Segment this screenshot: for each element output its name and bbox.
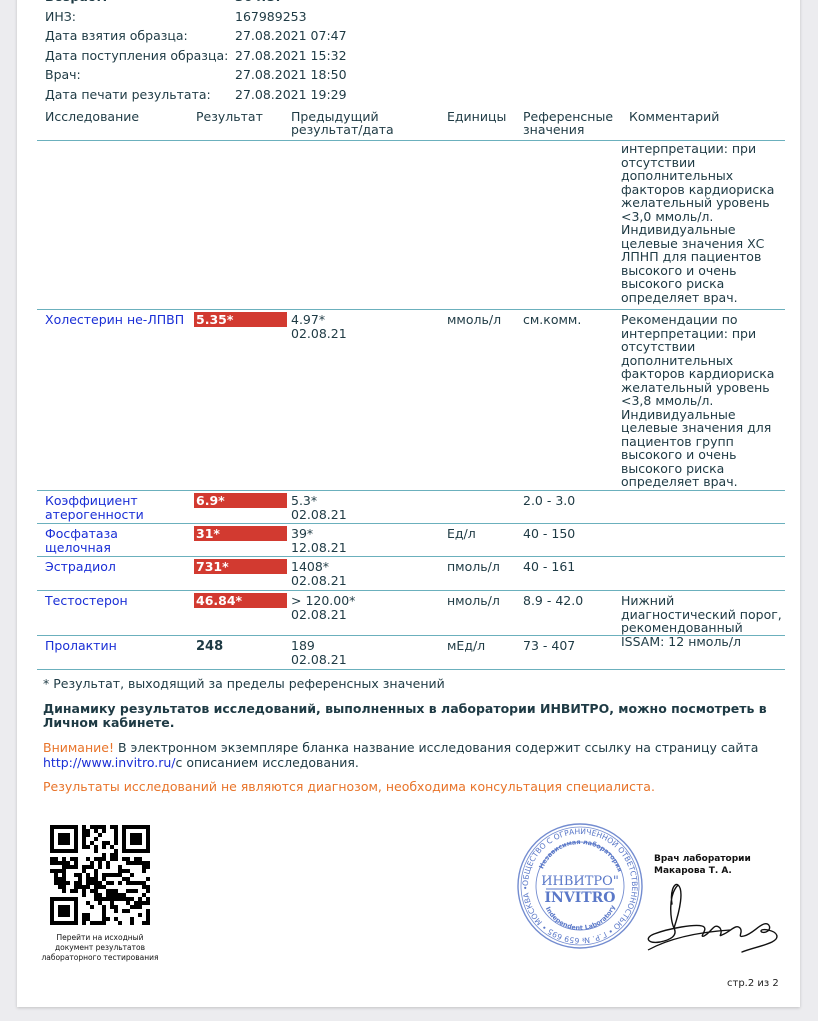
lab-doctor: Врач лаборатории Макарова Т. А. [654, 853, 751, 877]
table-row: Эстрадиол731*1408*02.08.21пмоль/л40 - 16… [37, 557, 785, 591]
meta-row: Дата взятия образца:27.08.2021 07:47 [45, 26, 347, 46]
study-link[interactable]: Пролактин [45, 639, 185, 653]
result-value: 248 [194, 640, 289, 655]
disclaimer: Результаты исследований не являются диаг… [43, 779, 655, 794]
warning-label: Внимание! [43, 740, 114, 755]
units: Ед/л [447, 527, 517, 541]
warning-note: Внимание! В электронном экземпляре бланк… [43, 741, 773, 770]
svg-text:INVITRO: INVITRO [544, 890, 615, 906]
previous-result: 4.97*02.08.21 [291, 313, 431, 340]
meta-label: Дата взятия образца: [45, 26, 235, 46]
reference-range: 8.9 - 42.0 [523, 594, 613, 608]
units: нмоль/л [447, 594, 517, 608]
previous-result: 5.3*02.08.21 [291, 494, 431, 521]
meta-row: Дата поступления образца:27.08.2021 15:3… [45, 46, 347, 66]
reference-range: см.комм. [523, 313, 613, 327]
units: пмоль/л [447, 560, 517, 574]
result-value: 31* [194, 526, 287, 541]
reference-range: 40 - 150 [523, 527, 613, 541]
comment: интерпретации: при отсутствии дополнител… [621, 142, 785, 304]
header-result: Результат [196, 110, 263, 123]
meta-value: 167989253 [235, 7, 307, 27]
result-value: 46.84* [194, 593, 287, 608]
signature-icon [640, 880, 790, 960]
out-of-range-footnote: * Результат, выходящий за пределы рефере… [43, 676, 445, 691]
meta-row: Врач:27.08.2021 18:50 [45, 65, 347, 85]
meta-label: Дата печати результата: [45, 85, 235, 105]
header-comment: Комментарий [629, 110, 719, 123]
previous-result [291, 144, 431, 158]
units: мЕд/л [447, 639, 517, 653]
table-row: Холестерин не-ЛПВП5.35*4.97*02.08.21ммол… [37, 310, 785, 491]
meta-value: 27.08.2021 07:47 [235, 26, 347, 46]
table-header: Исследование Результат Предыдущийрезульт… [37, 110, 785, 141]
meta-label: Дата поступления образца: [45, 46, 235, 66]
invitro-link[interactable]: http://www.invitro.ru/ [43, 755, 176, 770]
page-number: стр.2 из 2 [727, 978, 779, 989]
dynamics-note: Динамику результатов исследований, выпол… [43, 702, 773, 729]
reference-range: 40 - 161 [523, 560, 613, 574]
patient-meta: Возраст:36 летИНЗ:167989253Дата взятия о… [45, 0, 347, 104]
doctor-name: Макарова Т. А. [654, 865, 751, 877]
study-link[interactable]: Эстрадиол [45, 560, 185, 574]
results-table: интерпретации: при отсутствии дополнител… [37, 141, 785, 670]
meta-value: 27.08.2021 15:32 [235, 46, 347, 66]
previous-result: 1408*02.08.21 [291, 560, 431, 587]
table-row: Пролактин24818902.08.21мЕд/л73 - 407 [37, 636, 785, 670]
study-link[interactable]: Коэффициент атерогенности [45, 494, 185, 521]
table-row: Фосфатаза щелочная31*39*12.08.21Ед/л40 -… [37, 524, 785, 557]
header-units: Единицы [447, 110, 506, 123]
previous-result: 18902.08.21 [291, 639, 431, 666]
header-study: Исследование [45, 110, 139, 123]
table-row: Коэффициент атерогенности6.9*5.3*02.08.2… [37, 491, 785, 524]
study-link[interactable]: Тестостерон [45, 594, 185, 608]
table-row: интерпретации: при отсутствии дополнител… [37, 141, 785, 310]
svg-text:Independent Laboratory: Independent Laboratory [544, 903, 618, 932]
previous-result: > 120.00*02.08.21 [291, 594, 431, 621]
study-link[interactable]: Фосфатаза щелочная [45, 527, 185, 554]
qr-code-icon[interactable] [50, 825, 150, 925]
doctor-title: Врач лаборатории [654, 853, 751, 865]
meta-label: Врач: [45, 65, 235, 85]
meta-label: ИНЗ: [45, 7, 235, 27]
result-value: 5.35* [194, 312, 287, 327]
meta-value: 27.08.2021 19:29 [235, 85, 347, 105]
previous-result: 39*12.08.21 [291, 527, 431, 554]
reference-range: 73 - 407 [523, 639, 613, 653]
header-previous: Предыдущийрезультат/дата [291, 110, 394, 136]
meta-row: ИНЗ:167989253 [45, 7, 347, 27]
qr-caption: Перейти на исходныйдокумент результатовл… [35, 933, 165, 963]
header-reference: Референсныезначения [523, 110, 613, 136]
lab-stamp-icon: ОБЩЕСТВО С ОГРАНИЧЕННОЙ ОТВЕТСТВЕННОСТЬЮ… [516, 822, 644, 950]
result-value: 6.9* [194, 493, 287, 508]
table-row: Тестостерон46.84*> 120.00*02.08.21нмоль/… [37, 591, 785, 636]
result-value: 731* [194, 559, 287, 574]
study-link[interactable]: Холестерин не-ЛПВП [45, 313, 185, 327]
meta-value: 27.08.2021 18:50 [235, 65, 347, 85]
meta-row: Дата печати результата:27.08.2021 19:29 [45, 85, 347, 105]
reference-range: 2.0 - 3.0 [523, 494, 613, 508]
comment: Рекомендации по интерпретации: при отсут… [621, 313, 785, 489]
svg-text:ИНВИТРО": ИНВИТРО" [541, 874, 619, 889]
units: ммоль/л [447, 313, 517, 327]
